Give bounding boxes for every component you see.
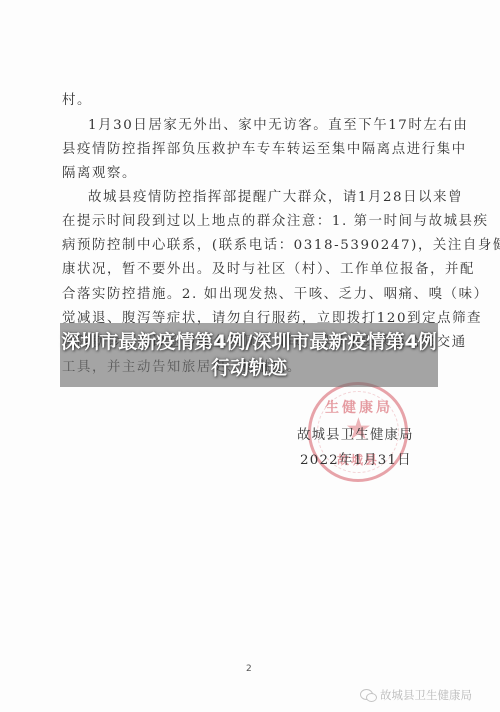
- wechat-icon: [360, 689, 376, 701]
- document-line: 1月30日居家无外出、家中无访客。直至下午17时左右由: [62, 114, 438, 138]
- document-line: 故城县疫情防控指挥部提醒广大群众，请1月28日以来曾: [62, 186, 438, 210]
- document-line: 康状况，暂不要外出。及时与社区（村）、工作单位报备，并配: [62, 258, 438, 282]
- document-line: 合落实防控措施。2. 如出现发热、干咳、乏力、咽痛、嗅（味）: [62, 283, 438, 307]
- document-line: 县疫情防控指挥部负压救护车专车转运至集中隔离点进行集中: [62, 138, 438, 162]
- seal-text-top: 生健康局: [325, 397, 393, 417]
- document-line: 病预防控制中心联系，(联系电话：0318-5390247)，关注自身健: [62, 234, 438, 258]
- signature-organization: 故城县卫生健康局: [297, 424, 414, 443]
- title-overlay: 深圳市最新疫情第4例/深圳市最新疫情第4例行动轨迹: [60, 323, 438, 387]
- signature-date: 2022年1月31日: [300, 449, 412, 468]
- document-line: 在提示时间段到过以上地点的群众注意：1. 第一时间与故城县疾: [62, 210, 438, 234]
- watermark-text: 故城县卫生健康局: [380, 687, 472, 703]
- article-title[interactable]: 深圳市最新疫情第4例/深圳市最新疫情第4例行动轨迹: [60, 329, 438, 381]
- page-number: 2: [246, 664, 252, 674]
- source-watermark: 故城县卫生健康局: [360, 684, 472, 706]
- document-line: 隔离观察。: [62, 162, 438, 186]
- document-line: 村。: [62, 89, 438, 113]
